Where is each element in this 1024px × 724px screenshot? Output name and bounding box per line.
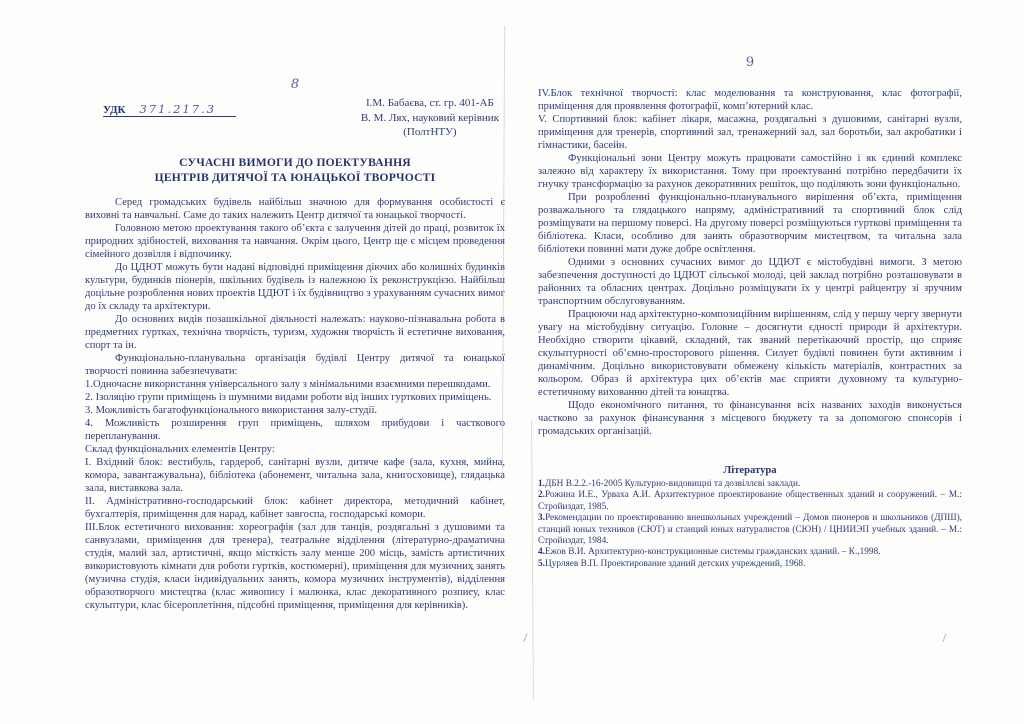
literature-section: Література 1.ДБН В.2.2.-16-2005 Культурн…	[538, 464, 962, 570]
author-line: І.М. Бабаєва, ст. гр. 401-АБ	[361, 96, 499, 111]
article-title: СУЧАСНІ ВИМОГИ ДО ПОЕКТУВАННЯ ЦЕНТРІВ ДИ…	[85, 155, 505, 185]
paragraph: До ЦДЮТ можуть бути надані відповідні пр…	[85, 261, 505, 313]
paragraph: Функціональні зони Центру можуть працюва…	[538, 152, 962, 191]
page-9: 9 IV.Блок технічної творчості: клас моде…	[538, 56, 962, 570]
reference-number: 2.	[538, 490, 545, 500]
paragraph: 2. Ізоляцію групи приміщень із шумними в…	[85, 391, 505, 404]
paragraph: При розробленні функціонально-планувальн…	[538, 191, 962, 256]
reference-item: 3.Рекомендации по проектированию внешкол…	[538, 513, 962, 547]
paragraph: До основних видів позашкільної діяльност…	[85, 313, 505, 352]
paragraph: 3. Можливість багатофункціонального вико…	[85, 404, 505, 417]
reference-item: 4.Ежов В.И. Архитектурно-конструкционные…	[538, 547, 962, 558]
paragraph: ІІІ.Блок естетичного виховання: хореогра…	[85, 521, 505, 612]
reference-text: ДБН В.2.2.-16-2005 Культурно-видовищні т…	[545, 479, 800, 489]
paragraph: Головною метою проектування такого об’єк…	[85, 222, 505, 261]
paragraph: Працюючи над архітектурно-композиційним …	[538, 308, 962, 399]
scanned-document: 8 УДК371.217.3 І.М. Бабаєва, ст. гр. 401…	[0, 0, 1024, 724]
paragraph: Одними з основних сучасних вимог до ЦДЮТ…	[538, 256, 962, 308]
paragraph: 4. Можливість розширення груп приміщень,…	[85, 417, 505, 443]
udc-value-handwritten: 371.217.3	[132, 102, 237, 117]
paragraph: 1.Одночасне використання універсального …	[85, 378, 505, 391]
title-line-2: ЦЕНТРІВ ДИТЯЧОЇ ТА ЮНАЦЬКОЇ ТВОРЧОСТІ	[85, 170, 505, 185]
reference-number: 3.	[538, 513, 545, 523]
reference-text: Цурляев В.П. Проектирование зданий детск…	[545, 559, 805, 569]
literature-heading: Література	[538, 464, 962, 477]
reference-number: 1.	[538, 479, 545, 489]
author-block: І.М. Бабаєва, ст. гр. 401-АБ В. М. Лях, …	[361, 96, 499, 140]
page-number: 8	[85, 78, 505, 92]
page-number: 9	[538, 56, 962, 70]
reference-number: 5.	[538, 559, 545, 569]
supervisor-line: В. М. Лях, науковий керівник	[361, 111, 499, 126]
right-page-edge-shadow	[531, 420, 534, 700]
title-line-1: СУЧАСНІ ВИМОГИ ДО ПОЕКТУВАННЯ	[85, 155, 505, 170]
reference-item: 2.Рожина И.Е., Урваха А.И. Архитектурное…	[538, 490, 962, 513]
reference-item: 1.ДБН В.2.2.-16-2005 Культурно-видовищні…	[538, 479, 962, 490]
paragraph: V. Спортивний блок: кабінет лікаря, маса…	[538, 113, 962, 152]
page-header: УДК371.217.3 І.М. Бабаєва, ст. гр. 401-А…	[85, 96, 505, 140]
reference-number: 4.	[538, 547, 545, 557]
reference-item: 5.Цурляев В.П. Проектирование зданий дет…	[538, 559, 962, 570]
reference-text: Рожина И.Е., Урваха А.И. Архитектурное п…	[538, 490, 962, 511]
reference-text: Рекомендации по проектированию внешкольн…	[538, 513, 962, 546]
reference-list: 1.ДБН В.2.2.-16-2005 Культурно-видовищні…	[538, 479, 962, 570]
udc-line: УДК371.217.3	[103, 102, 236, 116]
paragraph: ІІ. Адміністративно-господарський блок: …	[85, 495, 505, 521]
paragraph: Щодо економічного питання, то фінансуван…	[538, 399, 962, 438]
paragraph: Серед громадських будівель найбільш знач…	[85, 196, 505, 222]
reference-text: Ежов В.И. Архитектурно-конструкционные с…	[545, 547, 881, 557]
paragraph: Склад функціональних елементів Центру:	[85, 443, 505, 456]
paragraph: Функціонально-планувальна організація бу…	[85, 352, 505, 378]
scan-mark	[942, 633, 946, 642]
udc-label: УДК	[103, 104, 132, 117]
paragraph: І. Вхідний блок: вестибуль, гардероб, са…	[85, 456, 505, 495]
page-8: 8 УДК371.217.3 І.М. Бабаєва, ст. гр. 401…	[85, 78, 505, 612]
page-9-body: IV.Блок технічної творчості: клас моделю…	[538, 87, 962, 438]
page-8-body: Серед громадських будівель найбільш знач…	[85, 196, 505, 612]
scan-mark	[523, 633, 527, 642]
paragraph: IV.Блок технічної творчості: клас моделю…	[538, 87, 962, 113]
university-line: (ПолтНТУ)	[361, 125, 499, 140]
